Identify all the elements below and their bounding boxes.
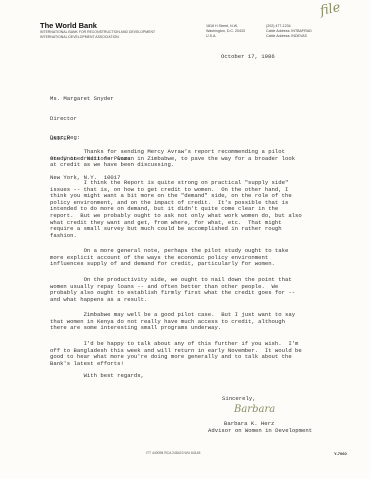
letterhead-contact: (202) 477-1234 Cable Address: INTBAFRAD …	[266, 24, 312, 39]
valediction: Sincerely,	[222, 396, 256, 403]
footer-telex-codes: ITT 440098 RCA 248423 WU 64145	[146, 451, 200, 455]
contact-line: Cable Address: INDEVAS	[266, 34, 312, 39]
closing: With best regards,	[50, 373, 144, 380]
address-line: U.S.A.	[206, 34, 245, 39]
handwritten-signature: Barbara	[234, 404, 275, 415]
body-paragraph: On a more general note, perhaps the pilo…	[50, 248, 350, 268]
letter-date: October 17, 1986	[221, 54, 275, 61]
letter-page: file The World Bank INTERNATIONAL BANK F…	[0, 0, 370, 479]
recipient-line: Ms. Margaret Snyder	[50, 96, 131, 103]
body-paragraph: I think the Report is quite strong on pr…	[50, 180, 350, 239]
letterhead-sub1: INTERNATIONAL BANK FOR RECONSTRUCTION AN…	[40, 30, 155, 34]
body-paragraph: On the productivity side, we ought to na…	[50, 277, 350, 303]
footer-form-number: Y-7060	[334, 451, 347, 456]
body-paragraph: Thanks for sending Mercy Avraw's report …	[50, 149, 350, 169]
recipient-line: Director	[50, 116, 131, 123]
letterhead-organization: The World Bank	[40, 21, 97, 30]
letterhead-sub2: INTERNATIONAL DEVELOPMENT ASSOCIATION	[40, 35, 119, 39]
body-paragraph: Zimbabwe may well be a good pilot case. …	[50, 312, 350, 332]
salutation: Dear Peg:	[50, 135, 80, 142]
file-annotation: file	[319, 0, 342, 19]
body-paragraph: I'd be happy to talk about any of this f…	[50, 341, 350, 367]
signer-title: Advisor on Women in Development	[208, 428, 312, 435]
letterhead-address: 1818 H Street, N.W. Washington, D.C. 204…	[206, 24, 245, 39]
